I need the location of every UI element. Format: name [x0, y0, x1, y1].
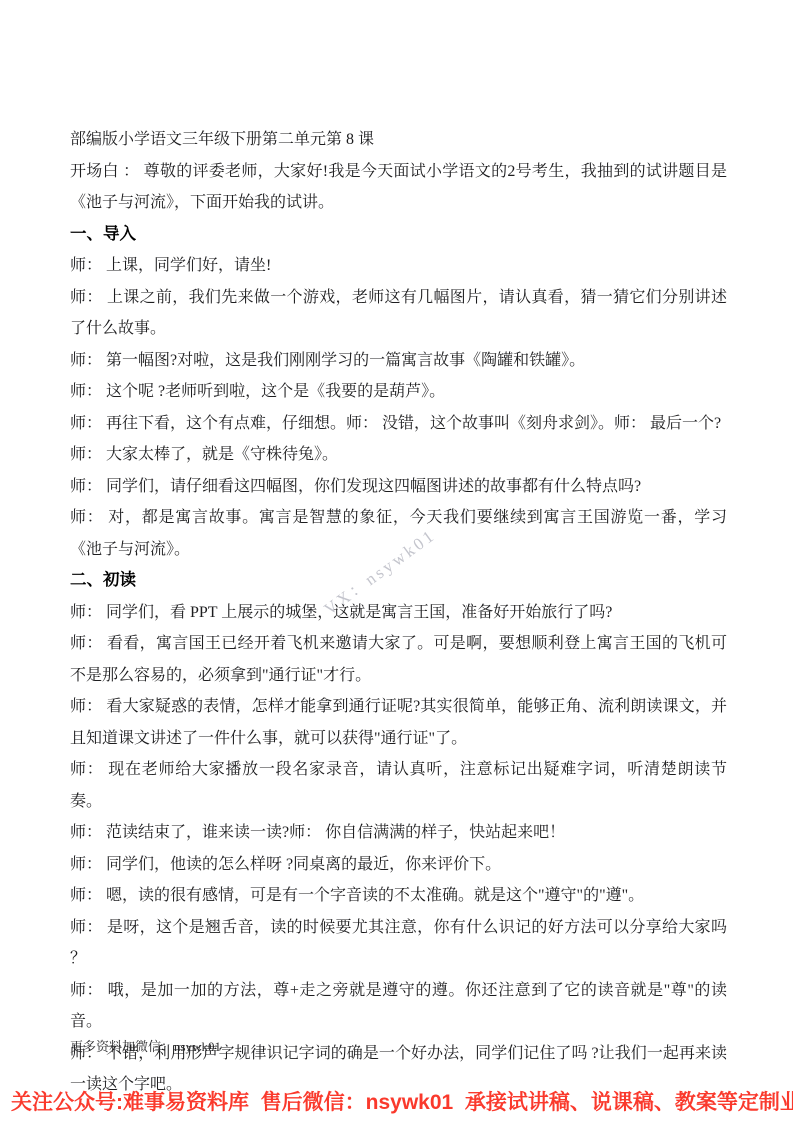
paragraph: 师： 范读结束了，谁来读一读?师： 你自信满满的样子，快站起来吧！ [70, 817, 727, 849]
section-heading-daoru: 一、导入 [70, 219, 727, 251]
paragraph: 师： 嗯，读的很有感情，可是有一个字音读的不太准确。就是这个"遵守"的"遵"。 [70, 880, 727, 912]
paragraph: 师： 这个呢 ?老师听到啦，这个是《我要的是葫芦》。 [70, 376, 727, 408]
paragraph: 师： 第一幅图?对啦，这是我们刚刚学习的一篇寓言故事《陶罐和铁罐》。 [70, 345, 727, 377]
doc-title: 部编版小学语文三年级下册第二单元第 8 课 [70, 124, 727, 156]
paragraph: 师： 上课，同学们好，请坐! [70, 250, 727, 282]
wechat-note: 更多资料加微信：nsywk01 [70, 1036, 221, 1055]
paragraph: 师： 看大家疑惑的表情，怎样才能拿到通行证呢?其实很简单，能够正角、流利朗读课文… [70, 691, 727, 754]
paragraph: 师： 同学们，看 PPT 上展示的城堡，这就是寓言王国，准备好开始旅行了吗? [70, 597, 727, 629]
paragraph: 师： 同学们，请仔细看这四幅图，你们发现这四幅图讲述的故事都有什么特点吗? [70, 471, 727, 503]
section-heading-chudu: 二、初读 [70, 565, 727, 597]
paragraph: 师： 大家太棒了，就是《守株待兔》。 [70, 439, 727, 471]
paragraph-opening: 开场白 ： 尊敬的评委老师，大家好!我是今天面试小学语文的2号考生，我抽到的试讲… [70, 156, 727, 219]
paragraph: 师： 现在老师给大家播放一段名家录音，请认真听，注意标记出疑难字词，听清楚朗读节… [70, 754, 727, 817]
paragraph: 师： 同学们，他读的怎么样呀 ?同桌离的最近，你来评价下。 [70, 849, 727, 881]
paragraph: 师： 再往下看，这个有点难，仔细想。师： 没错，这个故事叫《刻舟求剑》。师： 最… [70, 408, 727, 440]
paragraph: 师： 哦，是加一加的方法，尊+走之旁就是遵守的遵。你还注意到了它的读音就是"尊"… [70, 975, 727, 1038]
paragraph: 师： 是呀，这个是翘舌音，读的时候要尤其注意，你有什么识记的好方法可以分享给大家… [70, 912, 727, 975]
paragraph: 师： 看看，寓言国王已经开着飞机来邀请大家了。可是啊，要想顺利登上寓言王国的飞机… [70, 628, 727, 691]
promo-banner: 关注公众号:难事易资料库 售后微信：nsywk01 承接试讲稿、说课稿、教案等定… [11, 1090, 793, 1116]
document-page: VX：nsywk01 部编版小学语文三年级下册第二单元第 8 课 开场白 ： 尊… [0, 0, 793, 1122]
paragraph: 师： 对，都是寓言故事。寓言是智慧的象征，今天我们要继续到寓言王国游览一番，学习… [70, 502, 727, 565]
paragraph: 师： 上课之前，我们先来做一个游戏，老师这有几幅图片，请认真看，猜一猜它们分别讲… [70, 282, 727, 345]
content-area: 部编版小学语文三年级下册第二单元第 8 课 开场白 ： 尊敬的评委老师，大家好!… [70, 124, 727, 1101]
